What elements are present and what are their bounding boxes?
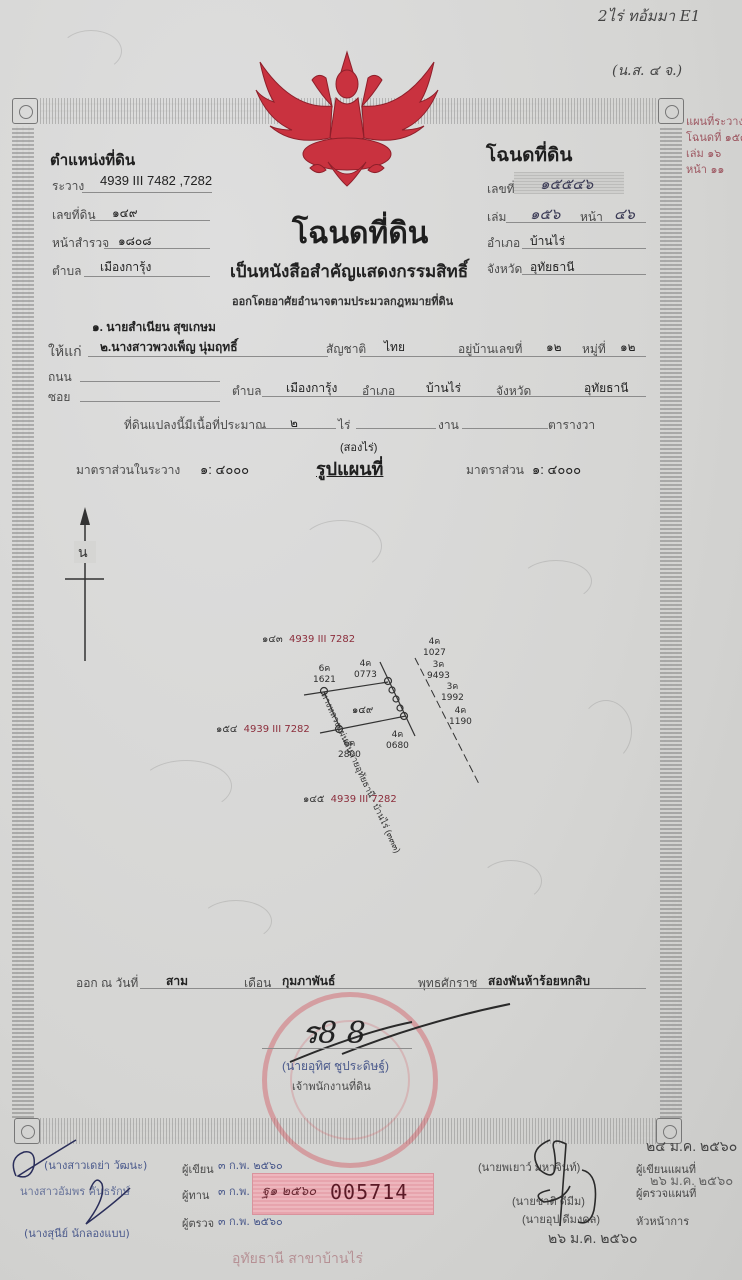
paper-fiber	[480, 860, 542, 902]
sheet-label: ระวาง	[52, 177, 84, 196]
officer-name: (นายอุทิศ ชูประดิษฐ์)	[282, 1057, 389, 1076]
road-label: ถนน	[48, 368, 72, 387]
north-arrow-icon	[60, 505, 110, 665]
marker-code: 4ค	[354, 659, 377, 670]
owner-district-label: อำเภอ	[362, 382, 395, 401]
neighbor-parcel: ๑๔๓ 4939 III 7282	[262, 632, 355, 647]
boundary-marker: 4ค1027	[423, 637, 446, 659]
land-location-title: ตำแหน่งที่ดิน	[50, 148, 135, 172]
signature-line	[262, 1048, 412, 1049]
neighbor-sheet: 4939 III 7282	[244, 724, 310, 735]
survey-page-label: หน้าสำรวจ	[52, 234, 109, 253]
neighbor-no: ๑๔๕	[303, 794, 324, 805]
checker-label: ผู้ตรวจ	[182, 1214, 214, 1232]
marker-number: 1027	[423, 648, 446, 659]
right-guilloche-border	[660, 126, 682, 1118]
officer-title: เจ้าพนักงานที่ดิน	[292, 1077, 371, 1095]
field-underline	[522, 248, 646, 249]
house-no-value: ๑๒	[546, 338, 562, 357]
boundary-marker: 6ค2800	[338, 739, 361, 761]
scale-value: ๑: ๔๐๐๐	[532, 459, 581, 480]
area-rai-label: ไร่	[338, 416, 350, 435]
field-underline	[104, 248, 210, 249]
owner-subdistrict-label: ตำบล	[232, 382, 262, 401]
marker-code: 3ค	[441, 682, 464, 693]
marker-number: 0680	[386, 741, 409, 752]
paper-fiber	[300, 520, 382, 572]
neighbor-no: ๑๔๓	[262, 634, 283, 645]
sheet-value: 4939 III 7482 ,7282	[100, 173, 212, 188]
paper-fiber	[60, 30, 122, 72]
issued-date-label: ออก ณ วันที่	[76, 974, 138, 993]
head-label: หัวหน้าการ	[636, 1212, 689, 1230]
boundary-marker: 3ค1992	[441, 682, 464, 704]
writer-date: ๓ ก.พ. ๒๕๖๐	[218, 1156, 283, 1174]
owner-2: ๒.นางสาวพวงเพ็ญ นุ่มฤทธิ์	[100, 338, 238, 357]
field-underline	[84, 276, 210, 277]
serial-prefix: ฐ๑ ๒๕๖๐	[262, 1180, 316, 1201]
parcel-label: ๑๔๙	[352, 703, 373, 718]
owner-1: ๑. นายสำเนียน สุขเกษม	[92, 318, 216, 337]
scale-sheet-label: มาตราส่วนในระวาง	[76, 461, 180, 480]
parcel-no-label: เลขที่ดิน	[52, 206, 96, 225]
reader-label: ผู้ทาน	[182, 1186, 209, 1204]
handwritten-corner-note: 2ไร่ ทอ้มมา E1	[598, 4, 700, 28]
marker-code: 6ค	[313, 664, 336, 675]
serial-number: 005714	[330, 1180, 408, 1204]
map-title: รูปแผนที่	[316, 454, 383, 483]
field-underline	[522, 274, 646, 275]
field-underline	[262, 396, 646, 397]
boundary-marker: 6ค1621	[313, 664, 336, 686]
field-underline	[82, 192, 212, 193]
field-underline	[90, 220, 210, 221]
boundary-marker: 4ค0773	[354, 659, 377, 681]
boundary-marker: 4ค0680	[386, 730, 409, 752]
head-date: ๒๖ ม.ค. ๒๕๖๐	[548, 1228, 638, 1250]
officer-signature: ร8 8	[302, 1010, 366, 1057]
issued-by-text: ออกโดยอาศัยอำนาจตามประมวลกฎหมายที่ดิน	[232, 292, 453, 310]
field-underline	[88, 356, 328, 357]
deed-number-value: ๑๕๕๔๖	[540, 172, 593, 196]
given-to-label: ให้แก่	[48, 341, 82, 363]
deed-number-label: เลขที่	[487, 180, 515, 199]
nationality-value: ไทย	[384, 338, 405, 357]
paper-fiber	[580, 700, 632, 762]
marker-number: 0773	[354, 670, 377, 681]
marker-number: 9493	[427, 671, 450, 682]
corner-ornament-icon	[12, 98, 38, 124]
issued-year-label: พุทธศักราช	[418, 974, 477, 993]
writer-label: ผู้เขียน	[182, 1160, 214, 1178]
field-underline	[80, 401, 220, 402]
soi-label: ซอย	[48, 388, 70, 407]
office-stamp: อุทัยธานี สาขาบ้านไร่	[232, 1248, 363, 1270]
document-title: โฉนดที่ดิน	[292, 210, 428, 257]
footer-date-top: ๒๔ ม.ค. ๒๕๖๐	[646, 1136, 737, 1158]
document-subtitle: เป็นหนังสือสำคัญแสดงกรรมสิทธิ์	[230, 258, 468, 285]
marker-code: 4ค	[386, 730, 409, 741]
paper-fiber	[140, 760, 232, 812]
boundary-marker: 4ค1190	[449, 706, 472, 728]
north-label: น	[78, 542, 88, 564]
area-ngan-label: งาน	[438, 416, 459, 435]
side-stamp-line4: หน้า ๑๑	[686, 160, 724, 178]
marker-number: 1992	[441, 693, 464, 704]
marker-code: 4ค	[423, 637, 446, 648]
handwritten-initials	[6, 1128, 146, 1238]
owner-province-label: จังหวัด	[496, 382, 531, 401]
area-prefix: ที่ดินแปลงนี้มีเนื้อที่ประมาณ	[124, 416, 266, 435]
neighbor-no: ๑๕๔	[216, 724, 237, 735]
field-underline	[462, 428, 548, 429]
volume-label: เล่ม	[487, 208, 506, 227]
land-title-deed: 2ไร่ ทอ้มมา E1 (น.ส. ๔ จ.) แผนที่ระวาง โ…	[0, 0, 742, 1280]
field-underline	[356, 428, 436, 429]
moo-value: ๑๒	[620, 338, 636, 357]
page-label: หน้า	[580, 208, 603, 227]
field-underline	[360, 356, 646, 357]
scale-label: มาตราส่วน	[466, 461, 524, 480]
area-rai-value: ๒	[290, 414, 298, 433]
neighbor-sheet: 4939 III 7282	[331, 794, 397, 805]
scale-sheet-value: ๑: ๔๐๐๐	[200, 459, 249, 480]
district-label: อำเภอ	[487, 234, 520, 253]
marker-code: 6ค	[338, 739, 361, 750]
marker-number: 2800	[338, 750, 361, 761]
boundary-marker: 3ค9493	[427, 660, 450, 682]
province-label: จังหวัด	[487, 260, 522, 279]
paper-fiber	[520, 560, 592, 602]
marker-number: 1621	[313, 675, 336, 686]
neighbor-parcel: ๑๕๔ 4939 III 7282	[216, 722, 310, 737]
marker-code: 4ค	[449, 706, 472, 717]
left-guilloche-border	[12, 126, 34, 1118]
marker-number: 1190	[449, 717, 472, 728]
deed-info-title: โฉนดที่ดิน	[486, 140, 572, 170]
subdistrict-value: เมืองการุ้ง	[100, 258, 151, 277]
paper-fiber	[200, 900, 272, 942]
field-underline	[80, 381, 220, 382]
garuda-emblem-icon	[252, 50, 442, 190]
neighbor-sheet: 4939 III 7282	[289, 634, 355, 645]
marker-code: 3ค	[427, 660, 450, 671]
neighbor-parcel: ๑๔๕ 4939 III 7282	[303, 792, 397, 807]
field-underline	[140, 988, 646, 989]
field-underline	[506, 222, 646, 223]
corner-ornament-icon	[658, 98, 684, 124]
area-wa-label: ตารางวา	[548, 416, 595, 435]
map-checker-date: ๒๖ ม.ค. ๒๕๖๐	[650, 1170, 733, 1191]
form-code: (น.ส. ๔ จ.)	[612, 60, 682, 82]
issued-month-label: เดือน	[244, 974, 271, 993]
handwritten-signature	[520, 1130, 610, 1230]
subdistrict-label: ตำบล	[52, 262, 82, 281]
